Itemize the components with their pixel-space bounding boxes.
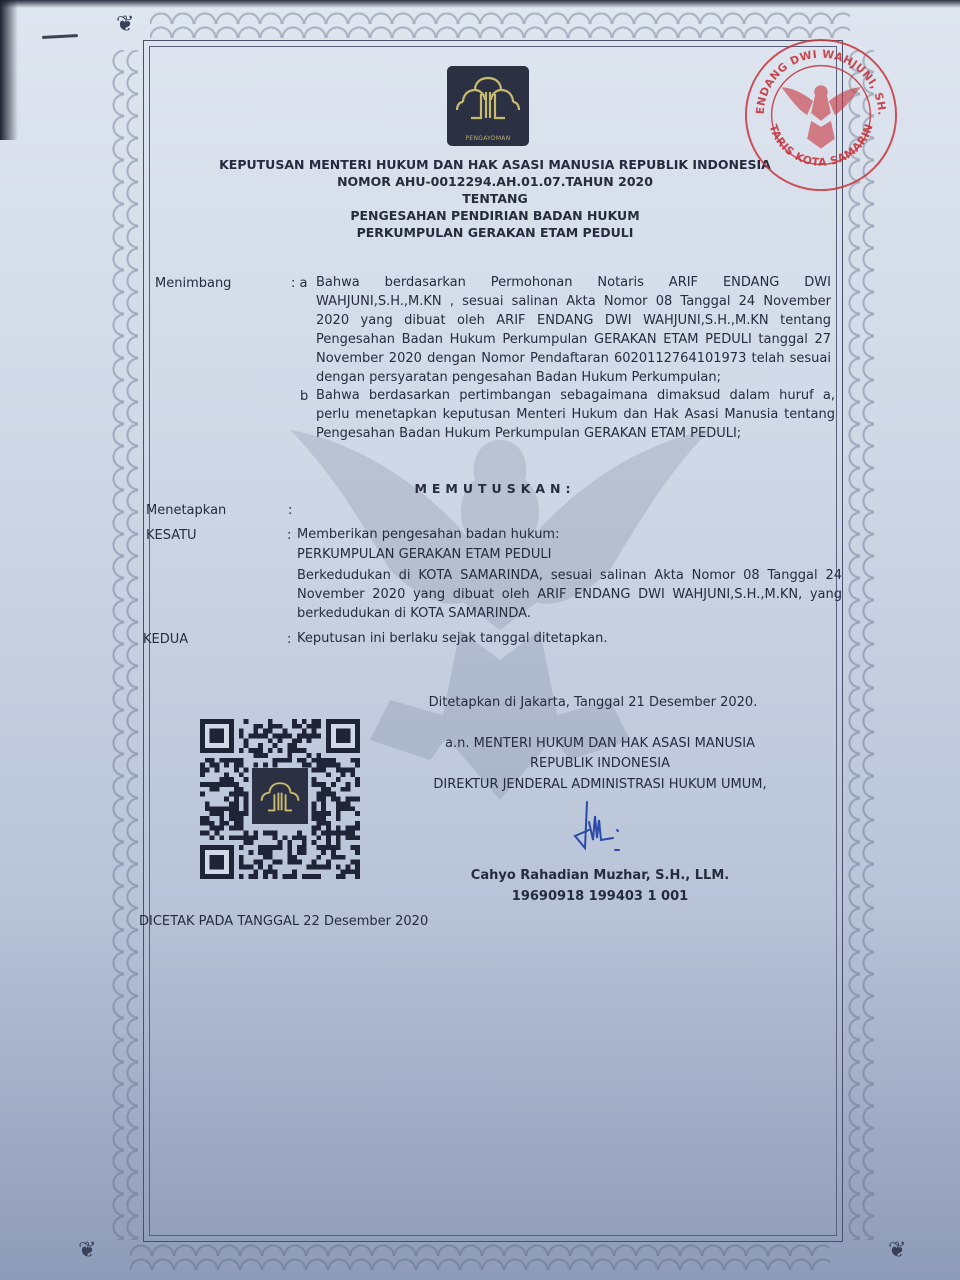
pengayoman-tree-icon bbox=[453, 70, 523, 130]
menimbang-marker-b: b bbox=[300, 389, 308, 404]
photo-edge-shadow bbox=[0, 0, 18, 140]
qr-logo bbox=[252, 768, 308, 824]
signer-name: Cahyo Rahadian Muzhar, S.H., LLM. bbox=[420, 868, 780, 883]
menimbang-item-b: Bahwa berdasarkan pertimbangan sebagaima… bbox=[316, 386, 835, 443]
signature-scribble-icon bbox=[565, 800, 635, 860]
decree-title: KEPUTUSAN MENTERI HUKUM DAN HAK ASASI MA… bbox=[150, 156, 840, 173]
decree-about: TENTANG bbox=[150, 190, 840, 207]
logo-caption: PENGAYOMAN bbox=[447, 135, 529, 142]
ornament-corner-icon: ❦ bbox=[78, 1240, 96, 1262]
printed-date: DICETAK PADA TANGGAL 22 Desember 2020 bbox=[139, 914, 428, 929]
decorative-border-left bbox=[110, 50, 138, 1240]
menimbang-item-a: Bahwa berdasarkan Permohonan Notaris ARI… bbox=[316, 273, 831, 387]
decorative-border-right bbox=[846, 50, 874, 1240]
memutuskan-heading: MEMUTUSKAN: bbox=[150, 481, 840, 496]
ornament-corner-icon: ❦ bbox=[888, 1240, 906, 1262]
kesatu-label: KESATU bbox=[146, 528, 197, 543]
menimbang-marker-a: : a bbox=[291, 276, 307, 291]
kedua-label: KEDUA bbox=[143, 632, 188, 647]
verification-qr-code[interactable] bbox=[200, 718, 360, 880]
kesatu-domicile: Berkedudukan di KOTA SAMARINDA, sesuai s… bbox=[297, 566, 842, 623]
kemenkumham-logo: PENGAYOMAN bbox=[447, 66, 529, 146]
on-behalf-line-1: a.n. MENTERI HUKUM DAN HAK ASASI MANUSIA bbox=[420, 736, 780, 751]
ornament-corner-icon: ❦ bbox=[116, 14, 134, 36]
signer-position: DIREKTUR JENDERAL ADMINISTRASI HUKUM UMU… bbox=[420, 777, 780, 792]
pen-mark bbox=[42, 34, 78, 39]
photo-edge-shadow bbox=[0, 0, 960, 8]
menetapkan-colon: : bbox=[288, 503, 292, 518]
kesatu-organization: PERKUMPULAN GERAKAN ETAM PEDULI bbox=[297, 545, 842, 564]
notary-stamp: ARIF ENDANG DWI WAHJUNI, SH.M.Kn NOTARIS… bbox=[742, 36, 900, 194]
decree-number: NOMOR AHU-0012294.AH.01.07.TAHUN 2020 bbox=[150, 173, 840, 190]
kesatu-line-1: Memberikan pengesahan badan hukum: bbox=[297, 525, 842, 544]
decree-header: KEPUTUSAN MENTERI HUKUM DAN HAK ASASI MA… bbox=[150, 156, 840, 241]
decree-subject: PENGESAHAN PENDIRIAN BADAN HUKUM bbox=[150, 207, 840, 224]
garuda-emblem-icon bbox=[782, 85, 861, 148]
on-behalf-line-2: REPUBLIK INDONESIA bbox=[420, 756, 780, 771]
pengayoman-tree-icon bbox=[252, 768, 308, 824]
menetapkan-label: Menetapkan bbox=[146, 503, 226, 518]
decorative-border-bottom bbox=[130, 1242, 830, 1270]
kesatu-colon: : bbox=[287, 528, 291, 543]
place-date: Ditetapkan di Jakarta, Tanggal 21 Desemb… bbox=[408, 695, 778, 710]
menimbang-label: Menimbang bbox=[155, 276, 231, 291]
decree-organization: PERKUMPULAN GERAKAN ETAM PEDULI bbox=[150, 224, 840, 241]
kedua-text: Keputusan ini berlaku sejak tanggal dite… bbox=[297, 629, 842, 648]
signer-nip: 19690918 199403 1 001 bbox=[420, 889, 780, 904]
decorative-border-top bbox=[150, 10, 850, 38]
kedua-colon: : bbox=[287, 632, 291, 647]
